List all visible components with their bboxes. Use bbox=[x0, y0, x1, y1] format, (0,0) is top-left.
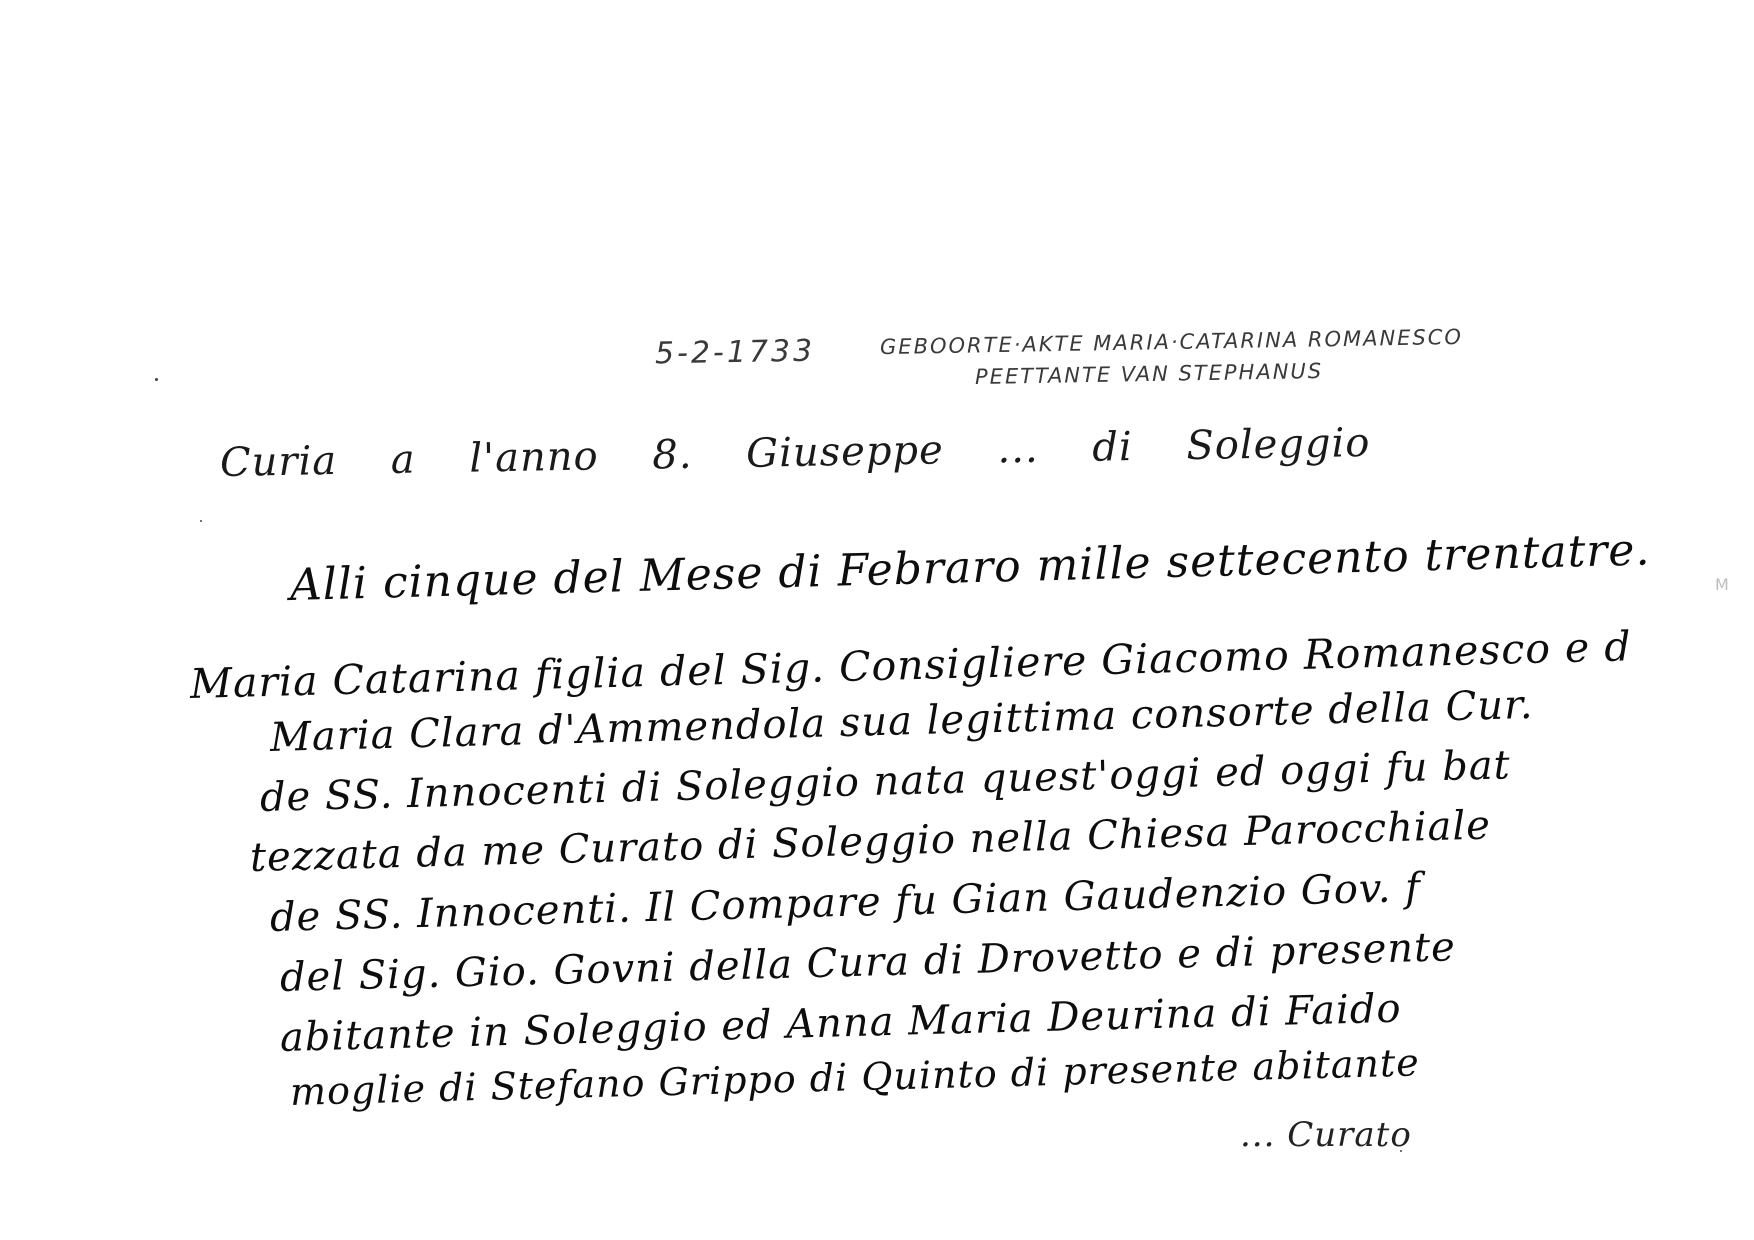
document-page: 5-2-1733 GEBOORTE·AKTE MARIA·CATARINA RO… bbox=[0, 0, 1754, 1240]
margin-mark: M bbox=[1715, 575, 1729, 594]
scan-speck bbox=[200, 520, 202, 522]
scan-speck bbox=[1400, 1150, 1402, 1152]
signature: ... Curato bbox=[1240, 1115, 1412, 1155]
annotation-subtitle: PEETTANTE VAN STEPHANUS bbox=[975, 359, 1323, 389]
handwritten-line: Alli cinque del Mese di Febraro mille se… bbox=[289, 524, 1651, 611]
annotation-title: GEBOORTE·AKTE MARIA·CATARINA ROMANESCO bbox=[880, 325, 1463, 359]
annotation-date: 5-2-1733 bbox=[655, 334, 816, 372]
handwritten-line: Curia a l'anno 8. Giuseppe ... di Solegg… bbox=[220, 420, 1371, 486]
scan-speck bbox=[155, 378, 158, 381]
